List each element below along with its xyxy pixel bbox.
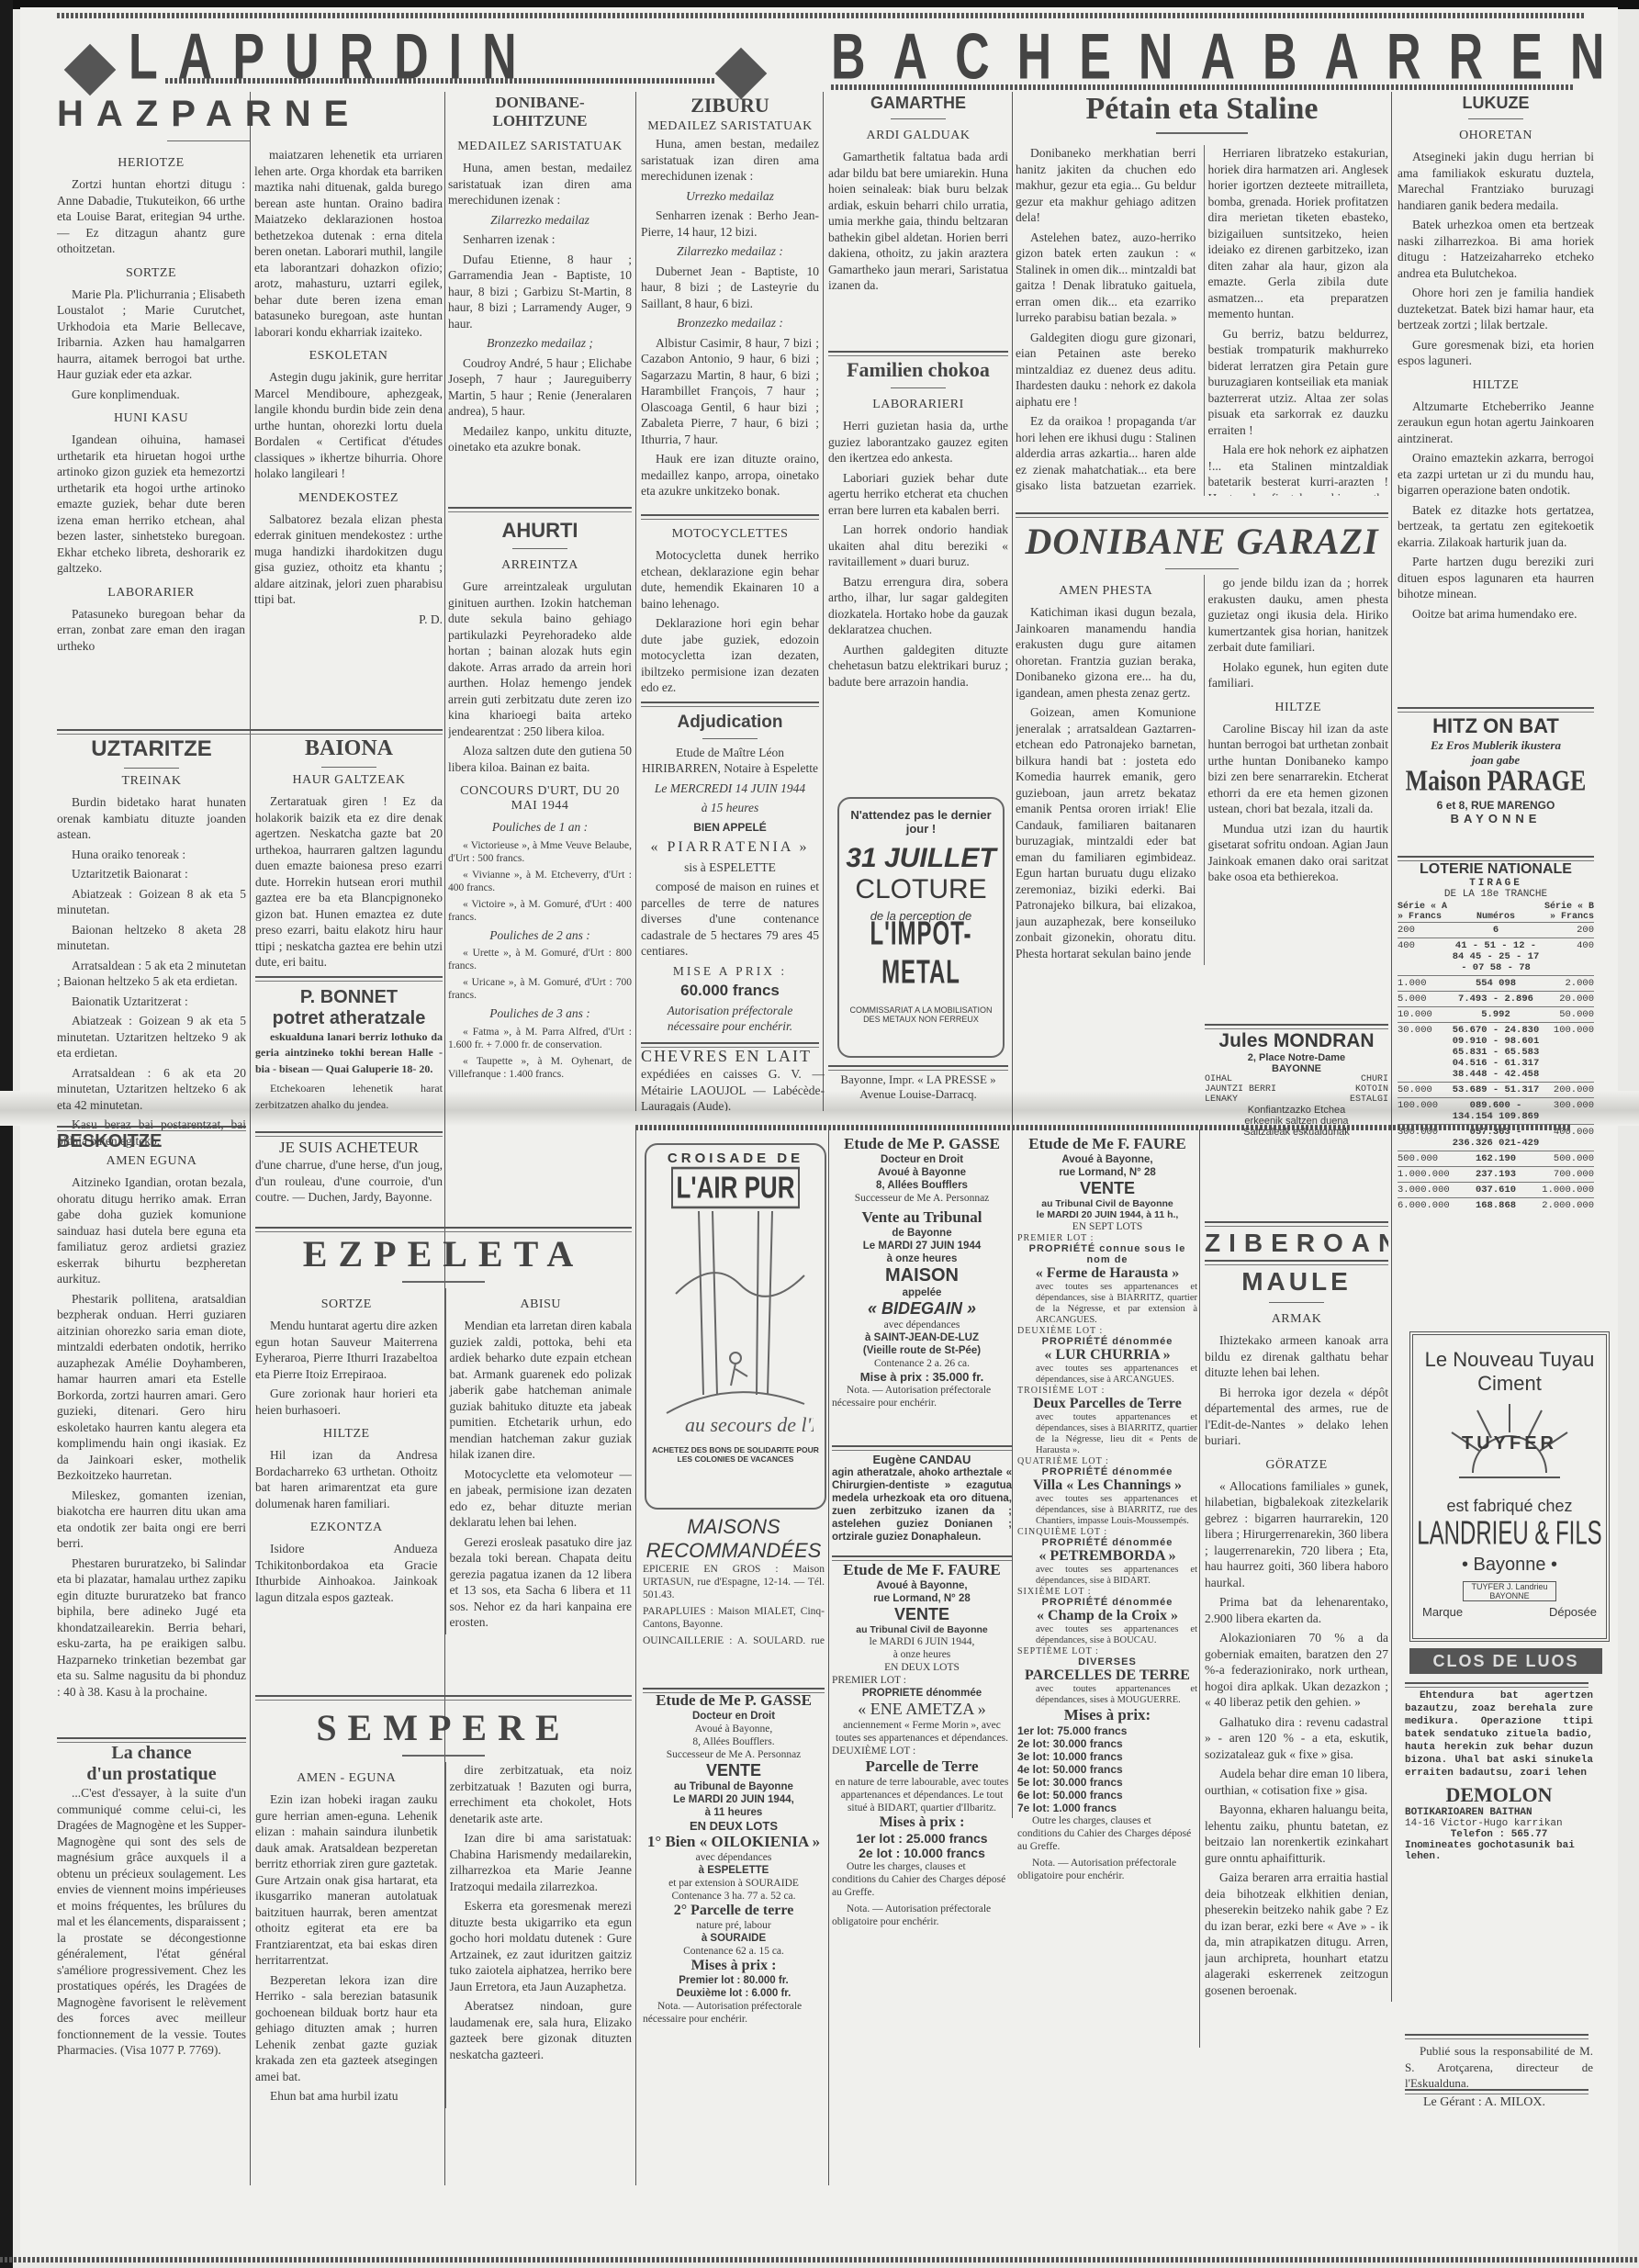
paragraph: Galdegiten diogu gure gizonari, eian Pet… — [1016, 330, 1196, 410]
divider — [1205, 1260, 1388, 1265]
notice-title: Etude de Me P. GASSE — [643, 1691, 825, 1710]
ad-name: L'IMPOT-METAL — [839, 915, 1003, 993]
notice-date: Le MARDI 27 JUIN 1944 — [832, 1240, 1012, 1252]
paragraph: Prima bat da lehenarentako, 2.900 libera… — [1205, 1594, 1388, 1626]
notice-line: à onze heures — [832, 1252, 1012, 1265]
notice-line: Avoué à Bayonne, — [1017, 1153, 1197, 1166]
loterie-row: 40041 - 51 - 12 - 84 45 - 25 - 17 - 07 5… — [1398, 938, 1594, 976]
result: « Victorieuse », à Mme Veuve Belaube, d'… — [448, 839, 632, 865]
paragraph: Batek ez ditazke hots gertatzea, bertzea… — [1398, 502, 1594, 551]
paragraph: Marie Pla. P'lichurrania ; Elisabeth Lou… — [57, 286, 245, 383]
lot-price: 5e lot: 30.000 francs — [1017, 1776, 1197, 1789]
ad-air-pur: CROISADE DE L'AIR PUR au secours de l'En… — [645, 1143, 826, 1510]
section-title: AHURTI — [448, 519, 632, 543]
column-divider — [823, 92, 824, 1111]
subheading: ARMAK — [1205, 1312, 1388, 1327]
divider — [832, 1445, 1012, 1451]
ad-candau: Eugène CANDAU agin atheratzale, ahoko ar… — [832, 1453, 1012, 1544]
ad-city: BAYONNE — [1205, 1063, 1388, 1074]
loterie-subtitle: DE LA 18e TRANCHE — [1398, 889, 1594, 900]
place: sis à ESPELETTE — [641, 859, 819, 876]
lot-label: SEPTIÈME LOT : — [1017, 1646, 1197, 1656]
paragraph: Hil izan da Andresa Bordacharreko 63 urt… — [255, 1447, 438, 1511]
paragraph: Albistur Casimir, 8 haur, 7 bizi ; Cazab… — [641, 335, 819, 448]
column-divider — [1391, 92, 1392, 2002]
paragraph: Parte hartzen dugu bereziki zuri dituen … — [1398, 554, 1594, 602]
notice-vente: VENTE — [643, 1761, 825, 1780]
notice-vente: Vente au Tribunal — [832, 1208, 1012, 1227]
ad-title: JE SUIS ACHETEUR — [255, 1139, 443, 1157]
footer-text: Publié sous la responsabilité de M. S. A… — [1405, 2043, 1593, 2092]
paragraph: Huna, amen bestan, medailez saristatuak … — [448, 160, 632, 208]
loterie-cell: 200 — [1398, 923, 1450, 938]
subheading: MENDEKOSTEZ — [254, 491, 443, 506]
loterie-cell: 6 — [1450, 923, 1543, 938]
divider — [402, 1281, 485, 1283]
paragraph: Aberatsez nindoan, gure laudamenak ere, … — [450, 1998, 633, 2062]
notice-date: le MARDI 20 JUIN 1944, à 11 h., — [1017, 1209, 1197, 1220]
loterie-cell: 162.190 — [1450, 1151, 1543, 1167]
notice-line: Docteur en Droit — [832, 1153, 1012, 1166]
paragraph: Gure konplimenduak. — [57, 387, 245, 403]
paragraph: Arratsaldean : 6 ak eta 20 minutetan, Uz… — [57, 1065, 246, 1114]
notice-line: à ESPELETTE — [643, 1864, 825, 1877]
article-gamarthe: GAMARTHE ARDI GALDUAK Gamarthetik faltat… — [828, 94, 1008, 369]
adjudication-title: Adjudication — [641, 713, 819, 733]
subheading: HERIOTZE — [57, 156, 245, 171]
section-title: Familien chokoa — [828, 358, 1008, 382]
paragraph: Zortzi huntan ehortzi ditugu : Anne Daba… — [57, 176, 245, 257]
divider — [828, 351, 1008, 356]
lot-list: PREMIER LOT :PROPRIÉTÉ connue sous le no… — [1017, 1233, 1197, 1706]
subheading: ESKOLETAN — [254, 349, 443, 364]
article-petain-staline: Pétain eta Staline Donibaneko merkhatian… — [1016, 92, 1388, 496]
notice-nota: Nota. — Autorisation préfectorale obliga… — [832, 1903, 1012, 1928]
lot-name: PARCELLES DE TERRE — [1017, 1667, 1197, 1684]
lot-desc: avec toutes appartenances et dépendances… — [1017, 1684, 1197, 1706]
paragraph: « Allocations familiales » gunek, hilabe… — [1205, 1478, 1388, 1591]
loterie-row: 500.000162.190500.000 — [1398, 1151, 1594, 1167]
paragraph: Senharren izenak : Berho Jean-Pierre, 14… — [641, 208, 819, 240]
paragraph: Astelehen batez, auzo-herriko gizon bate… — [1016, 230, 1196, 326]
ad-tuyfer: Le Nouveau Tuyau Ciment TUYFER est fabri… — [1409, 1331, 1610, 1642]
paragraph: Aitzineko Igandian, orotan bezala, ohora… — [57, 1174, 246, 1287]
notice-line: 8, Allées Boufflers — [832, 1179, 1012, 1192]
paragraph: Izan dire bi ama saristatuak: Chabina Ha… — [450, 1830, 633, 1894]
ad-title: P. BONNET — [255, 987, 443, 1008]
loterie-table: 200620040041 - 51 - 12 - 84 45 - 25 - 17… — [1398, 922, 1594, 1213]
section-title: EZPELETA — [255, 1232, 632, 1275]
article-ahurti: AHURTI ARREINTZA Gure arreintzaleak urgu… — [448, 519, 632, 1106]
notice-line: Avoué à Bayonne — [832, 1166, 1012, 1179]
subheading: TREINAK — [57, 774, 246, 789]
ad-title: d'un prostatique — [57, 1764, 246, 1785]
notice-line: nature pré, labour — [643, 1919, 825, 1932]
subheading: MEDAILEZ SARISTATUAK — [641, 119, 819, 134]
hour: à 15 heures — [641, 800, 819, 816]
article-motocyclettes: MOTOCYCLETTES Motocycletta dunek herriko… — [641, 525, 819, 1113]
section-title: ZIBEROAN — [1205, 1229, 1388, 1258]
divider — [255, 1695, 632, 1701]
lot-label: TROISIÈME LOT : — [1017, 1386, 1197, 1396]
ad-text: eskualduna lanari berriz lothuko da geri… — [255, 1029, 443, 1078]
loterie-row: 2006200 — [1398, 923, 1594, 938]
medal-category: Zilarrezko medailaz : — [641, 243, 819, 260]
lot-price: 6e lot: 50.000 francs — [1017, 1789, 1197, 1802]
column-divider — [1199, 1129, 1200, 2048]
loterie-cell: 20.000 — [1542, 992, 1594, 1007]
masthead-top-rule — [57, 13, 1586, 18]
mise-label: MISE A PRIX : — [641, 963, 819, 980]
subheading: HILTZE — [255, 1427, 438, 1442]
section-title: Pétain eta Staline — [1016, 92, 1388, 127]
notice-line: à onze heures — [832, 1648, 1012, 1661]
notice-line: EN DEUX LOTS — [643, 1819, 825, 1833]
notice-property: Parcelle de Terre — [832, 1757, 1012, 1776]
subheading: GÖRATZE — [1205, 1458, 1388, 1473]
loterie-row: 1.000.000237.193700.000 — [1398, 1167, 1594, 1183]
etude: Etude de Maître Léon HIRIBARREN, Notaire… — [641, 745, 819, 777]
loterie-row: 10.0005.99250.000 — [1398, 1007, 1594, 1023]
ad-title: HITZ ON BAT — [1398, 714, 1594, 738]
paragraph: Senharren izenak : — [448, 231, 632, 248]
lot-name: « Ferme de Harausta » — [1017, 1265, 1197, 1282]
paragraph: Laboriari guziek behar dute agertu herri… — [828, 470, 1008, 519]
article-uztaritze: UZTARITZE TREINAK Burdin bidetako harat … — [57, 736, 246, 1168]
paragraph: Gerezi erosleak pasatuko dire jaz bezala… — [450, 1534, 633, 1631]
lot-name: « PETREMBORDA » — [1017, 1548, 1197, 1565]
result: « Fatma », à M. Parra Alfred, d'Urt : 1.… — [448, 1026, 632, 1051]
divider — [448, 507, 632, 512]
ad-text: agin atheratzale, ahoko artheztale « Chi… — [832, 1466, 1012, 1544]
section-title: DONIBANE-LOHITZUNE — [448, 94, 632, 130]
notice-line: au Tribunal Civil de Bayonne — [1017, 1198, 1197, 1209]
ad-script-text: au secours de l'Enfance! — [685, 1413, 814, 1436]
ad-text: Ehtendura bat agertzen bazautzu, zoaz be… — [1405, 1690, 1593, 1780]
lot-price: 1er lot: 75.000 francs — [1017, 1724, 1197, 1737]
listing: PARAPLUIES : Maison MIALET, Cinq-Cantons… — [643, 1605, 825, 1631]
lot-desc: avec toutes appartenances et dépendances… — [1017, 1412, 1197, 1456]
section-title: SEMPERE — [255, 1706, 632, 1749]
paragraph: Eskerra eta goresmenak merezi dituzte be… — [450, 1898, 633, 1994]
paragraph: Bezperetan lekora izan dire Herriko - sa… — [255, 1972, 438, 2085]
paragraph: Atsegineki jakin dugu herrian bi ama fam… — [1398, 149, 1594, 213]
notice-line: Contenance 2 a. 26 ca. — [832, 1357, 1012, 1370]
notice-mises: Mises à prix : — [832, 1814, 1012, 1831]
lot-type: PROPRIÉTÉ dénommée — [1017, 1466, 1197, 1477]
notice-line: Contenance 62 a. 15 ca. — [643, 1945, 825, 1958]
ad-brand: Maison PARAGE — [1398, 765, 1594, 798]
ad-text: expédiées en caisses G. V. — Métairie LA… — [641, 1066, 825, 1111]
divider — [1165, 568, 1239, 569]
section-title: BESKOITZE — [57, 1131, 246, 1152]
notice-line: avec dépendances — [832, 1319, 1012, 1331]
subheading: EZKONTZA — [255, 1521, 438, 1535]
subheading: ABISU — [450, 1297, 633, 1312]
paragraph: Isidore Andueza Tchikitonbordakoa eta Gr… — [255, 1541, 438, 1605]
notice-line: au Tribunal de Bayonne — [643, 1780, 825, 1793]
divider — [167, 140, 250, 141]
lot-label: PREMIER LOT : — [1017, 1233, 1197, 1243]
loterie-cell: 5.000 — [1398, 992, 1450, 1007]
section-title: UZTARITZE — [57, 736, 246, 762]
notice-vente: VENTE — [832, 1605, 1012, 1624]
notice-line: anciennement « Ferme Morin », avec toute… — [832, 1719, 1012, 1745]
loterie-cell: 50.000 — [1542, 1007, 1594, 1023]
loterie-cell: 554 098 — [1450, 976, 1543, 992]
loterie-row: 30.00056.670 - 24.830 09.910 - 98.601 65… — [1398, 1023, 1594, 1083]
loterie-cell: 700.000 — [1542, 1167, 1594, 1183]
paragraph: Audela behar dire eman 10 libera, ourthi… — [1205, 1766, 1388, 1798]
loterie-cell: 200 — [1542, 923, 1594, 938]
paragraph: Motocycletta dunek herriko etchean, dekl… — [641, 547, 819, 612]
result: « Victoire », à M. Gomuré, d'Urt : 400 f… — [448, 898, 632, 924]
loterie-cell: 2.000.000 — [1542, 1198, 1594, 1214]
loterie-cell: 237.193 — [1450, 1167, 1543, 1183]
notice-property: 2° Parcelle de terre — [643, 1903, 825, 1919]
loterie-cell: 1.000.000 — [1542, 1183, 1594, 1198]
ad-item: ESTALGI — [1350, 1095, 1388, 1105]
notice-line: en nature de terre labourable, avec tout… — [832, 1776, 1012, 1814]
loterie-subtitle: TIRAGE — [1398, 878, 1594, 889]
paragraph: Phestaren bururatzeko, bi Salindar eta b… — [57, 1555, 246, 1701]
ad-address: 6 et 8, RUE MARENGO — [1398, 799, 1594, 812]
subheading: SORTZE — [57, 266, 245, 281]
divider — [1398, 707, 1594, 713]
loterie-cell: 300.000 — [1542, 1098, 1594, 1125]
article-ziburu: ZIBURU MEDAILEZ SARISTATUAK Huna, amen b… — [641, 94, 819, 498]
paragraph: Astegin dugu jakinik, gure herritar Marc… — [254, 369, 443, 482]
paragraph: Oraino emaztekin azkarra, berrogoi eta z… — [1398, 450, 1594, 499]
divider — [641, 514, 819, 520]
legal-notice-gasse-1: Etude de Me P. GASSE Docteur en Droit Av… — [832, 1135, 1012, 1438]
subheading: HILTZE — [1208, 701, 1389, 715]
masthead-rule-right — [831, 84, 1575, 90]
subheading: MOTOCYCLETTES — [641, 527, 819, 542]
ad-title: potret atheratzale — [255, 1008, 443, 1029]
section-title: BAIONA — [255, 736, 443, 761]
notice-text: Outre les charges, clauses et conditions… — [832, 1860, 1012, 1899]
paragraph: Gu berriz, batzu beldurrez, bestiak trom… — [1208, 326, 1389, 439]
paragraph: dire zerbitzatuak, eta noiz zerbitzatuak… — [450, 1762, 633, 1826]
paragraph: Igandean oihuina, hamasei urthetarik eta… — [57, 432, 245, 577]
ad-line: Déposée — [1549, 1605, 1597, 1619]
paragraph: Hala ere hok nehork ez aiphatzen !... et… — [1208, 442, 1389, 496]
ad-name: DEMOLON — [1405, 1783, 1593, 1807]
notice-line: PROPRIETE dénommée — [832, 1687, 1012, 1700]
lot-item: DEUXIÈME LOT :PROPRIÉTÉ dénommée« LUR CH… — [1017, 1326, 1197, 1386]
forest-illustration-icon: au secours de l'Enfance! — [657, 1211, 814, 1441]
medal-category: Bronzezko medailaz : — [641, 315, 819, 331]
section-title: LUKUZE — [1398, 94, 1594, 113]
signature: P. D. — [254, 612, 443, 628]
paragraph: Aloza saltzen dute den gutiena 50 libera… — [448, 743, 632, 775]
paragraph: Burdin bidetako harat hunaten orenak kam… — [57, 794, 246, 843]
divider — [1405, 2089, 1588, 2094]
ad-item: JAUNTZI BERRI — [1205, 1084, 1276, 1095]
paragraph: Ooitze bat arima humendako ere. — [1398, 606, 1594, 623]
column-header: Série « A » Francs — [1398, 902, 1453, 922]
notice-property: 1° Bien « OILOKIENIA » — [643, 1833, 825, 1851]
lot-type: DIVERSES — [1017, 1656, 1197, 1667]
section-title: RECOMMANDÉES — [643, 1539, 825, 1563]
lot-name: Deux Parcelles de Terre — [1017, 1396, 1197, 1412]
ad-title: Eugène CANDAU — [832, 1453, 1012, 1466]
notice-line: Successeur de Me A. Personnaz — [643, 1748, 825, 1761]
paragraph: Ehun bat ama hurbil izatu — [255, 2088, 438, 2105]
ad-impot-metal: N'attendez pas le dernier jour ! 31 JUIL… — [837, 797, 1005, 1058]
paragraph: Uztaritzetik Baionarat : — [57, 866, 246, 882]
paragraph: Abiatzeak : Goizean 8 ak eta 5 minutetan… — [57, 886, 246, 918]
ad-acheteur: JE SUIS ACHETEUR d'une charrue, d'une he… — [255, 1139, 443, 1221]
paragraph: Medailez kanpo, unkitu dituzte, oinetako… — [448, 423, 632, 455]
paragraph: Gure goresmenak bizi, eta horien espos l… — [1398, 337, 1594, 369]
notice-line: Contenance 3 ha. 77 a. 52 ca. — [643, 1890, 825, 1903]
notice-property: « BIDEGAIN » — [832, 1299, 1012, 1319]
notice-lot-label: DEUXIÈME LOT : — [832, 1745, 1012, 1757]
masthead-bachenabarren: BACHENABARREN — [831, 20, 1632, 95]
subheading: ARDI GALDUAK — [828, 129, 1008, 143]
notice-vente: VENTE — [1017, 1179, 1197, 1198]
paragraph: Gaiza beraren arra erraitia hastial deia… — [1205, 1869, 1388, 1998]
paragraph: Dubernet Jean - Baptiste, 10 haur, 8 biz… — [641, 264, 819, 312]
paragraph: Zertaratuak giren ! Ez da holakorik baiz… — [255, 793, 443, 971]
lot-name: Villa « Les Channings » — [1017, 1477, 1197, 1494]
ad-text: Etchekoaren lehenetik harat zerbitzatzen… — [255, 1081, 443, 1113]
subheading: CONCOURS D'URT, DU 20 MAI 1944 — [448, 784, 632, 814]
loterie-cell: 3.000.000 — [1398, 1183, 1450, 1198]
result: « Uricane », à M. Gomuré, d'Urt : 700 fr… — [448, 976, 632, 1002]
section-title: ZIBURU — [641, 94, 819, 118]
paragraph: Motocyclette eta velomoteur — en jabeak,… — [450, 1466, 633, 1531]
divider — [1405, 2034, 1588, 2039]
notice-line: EN DEUX LOTS — [832, 1661, 1012, 1674]
ad-text: ...C'est d'essayer, à la suite d'un comm… — [57, 1785, 246, 2059]
paragraph: Salbatorez bezala elizan phesta ederrak … — [254, 511, 443, 608]
column-divider — [250, 735, 251, 2185]
notice-line: à 11 heures — [643, 1806, 825, 1819]
loterie-cell: 1.000.000 — [1398, 1167, 1450, 1183]
paragraph: Caroline Biscay hil izan da aste huntan … — [1208, 721, 1389, 817]
result: « Urette », à M. Gomuré, d'Urt : 800 fra… — [448, 947, 632, 972]
ad-name: Jules MONDRAN — [1205, 1030, 1388, 1052]
notice-mises: Mises à prix: — [1017, 1706, 1197, 1724]
paragraph: maiatzaren lehenetik eta urriaren lehen … — [254, 147, 443, 340]
lot-price: 7e lot: 1.000 francs — [1017, 1802, 1197, 1814]
column-header: Numéros — [1476, 912, 1515, 922]
paragraph: Mundua utzi izan du haurtik gisetarat so… — [1208, 821, 1389, 885]
listing: EPICERIE EN GROS : Maison URTASUN, rue d… — [643, 1563, 825, 1601]
loterie-row: 6.000.000168.8682.000.000 — [1398, 1198, 1594, 1214]
scan-edge-left — [0, 0, 13, 2268]
subheading: AMEN - EGUNA — [255, 1771, 438, 1786]
medal-category: Urrezko medailaz — [641, 188, 819, 205]
paragraph: Katichiman ikasi dugun bezala, Jainkoare… — [1016, 604, 1196, 701]
lot-desc: avec toutes ses appartenances et dépenda… — [1017, 1282, 1197, 1326]
ad-line: est fabriqué chez — [1413, 1497, 1606, 1516]
loterie-cell: 10.000 — [1398, 1007, 1450, 1023]
divider — [1405, 1682, 1588, 1688]
ad-city: BAYONNE — [1398, 812, 1594, 825]
notice-line: Avoué à Bayonne, — [643, 1723, 825, 1735]
price: 60.000 francs — [641, 982, 819, 999]
lot-type: PROPRIÉTÉ dénommée — [1017, 1336, 1197, 1347]
notice-line: Avoué à Bayonne, — [832, 1579, 1012, 1592]
paragraph: Aurthen galdegiten dituzte chehetasun ba… — [828, 642, 1008, 691]
bien-appele: BIEN APPELÉ — [641, 820, 819, 836]
divider — [255, 976, 443, 982]
ad-footer: COMMISSARIAT A LA MOBILISATION DES METAU… — [847, 1005, 995, 1024]
column-divider — [635, 92, 636, 1111]
paragraph: Baionatik Uztaritzerat : — [57, 994, 246, 1010]
lot-type: PROPRIÉTÉ connue sous le nom de — [1017, 1243, 1197, 1265]
notice-price: Deuxième lot : 6.000 fr. — [643, 1987, 825, 2000]
ad-phone: Telefon : 565.77 — [1405, 1829, 1593, 1840]
lot-type: PROPRIÉTÉ dénommée — [1017, 1597, 1197, 1608]
legal-notice-faure-2: Etude de Me F. FAURE Avoué à Bayonne, ru… — [1017, 1135, 1197, 2108]
paragraph: Altzumarte Etcheberriko Jeanne zeraukun … — [1398, 399, 1594, 447]
notice-nota: Nota. — Autorisation préfectorale obliga… — [1017, 1857, 1197, 1882]
loterie-cell: 168.868 — [1450, 1198, 1543, 1214]
loterie-row: 5.0007.493 - 2.89620.000 — [1398, 992, 1594, 1007]
loterie-cell: 6.000.000 — [1398, 1198, 1450, 1214]
ad-clos-de-luos: CLOS DE LUOS — [1409, 1648, 1602, 1674]
column-divider — [635, 1129, 636, 2185]
subheading: SORTZE — [255, 1297, 438, 1312]
lot-type: PROPRIÉTÉ dénommée — [1017, 1537, 1197, 1548]
notice-price: Mise à prix : 35.000 fr. — [832, 1370, 1012, 1384]
ad-line: Inomineates gochotasunik bai lehen. — [1405, 1840, 1593, 1859]
ad-title: L'AIR PUR — [671, 1167, 801, 1209]
ad-address: 2, Place Notre-Dame — [1205, 1052, 1388, 1063]
notice-line: avec dépendances — [643, 1851, 825, 1864]
lot-price: 4e lot: 50.000 francs — [1017, 1763, 1197, 1776]
divider — [255, 1131, 443, 1137]
loterie-cell: 500.000 — [1542, 1151, 1594, 1167]
legal-notice-faure-1: Etude de Me F. FAURE Avoué à Bayonne, ru… — [832, 1561, 1012, 1965]
paragraph: Herri guzietan hasia da, urthe guziez la… — [828, 418, 1008, 466]
divider — [1156, 132, 1248, 134]
article-familien-chokoa: Familien chokoa LABORARIERI Herri guziet… — [828, 358, 1008, 790]
notice-price: Premier lot : 80.000 fr. — [643, 1974, 825, 1987]
property-name: « PIARRATENIA » — [641, 839, 819, 856]
description: composé de maison en ruines et parcelles… — [641, 879, 819, 960]
notice-line: appelée — [832, 1286, 1012, 1299]
group-label: Pouliches de 2 ans : — [448, 927, 632, 944]
article-donibane-garazi: DONIBANE GARAZI AMEN PHESTA Katichiman i… — [1016, 520, 1388, 997]
result: « Vivianne », à M. Etcheverry, d'Urt : 4… — [448, 869, 632, 894]
loterie-title: LOTERIE NATIONALE — [1398, 861, 1594, 878]
notice-text: Outre les charges, clauses et conditions… — [1017, 1814, 1197, 1853]
section-title: MAISONS — [643, 1515, 825, 1539]
lot-label: CINQUIÈME LOT : — [1017, 1527, 1197, 1537]
paragraph: Abiatzeak : Goizean 9 ak eta 5 minutetan… — [57, 1013, 246, 1061]
divider — [1205, 1221, 1388, 1227]
loterie-row: 3.000.000037.6101.000.000 — [1398, 1183, 1594, 1198]
divider — [828, 1065, 1008, 1071]
loterie-row: 100.000089.600 - 134.154 109.869300.000 — [1398, 1098, 1594, 1125]
paragraph: Baionan heltzeko 8 aketa 28 minutetan. — [57, 922, 246, 954]
ad-item: LENAKY — [1205, 1095, 1276, 1105]
notice-date: Le MARDI 20 JUIN 1944, — [643, 1793, 825, 1806]
lot-desc: avec toutes ses appartenances et dépenda… — [1017, 1364, 1197, 1386]
lot-label: QUATRIÈME LOT : — [1017, 1456, 1197, 1466]
article-ezpeleta: EZPELETA SORTZE Mendu huntarat agertu di… — [255, 1232, 632, 1691]
notice-title: Etude de Me F. FAURE — [832, 1561, 1012, 1579]
result: « Taupette », à M. Oyhenart, de Villefra… — [448, 1055, 632, 1081]
ad-item: KOTOIN — [1350, 1084, 1388, 1095]
notice-mises: Mises à prix : — [643, 1958, 825, 1974]
